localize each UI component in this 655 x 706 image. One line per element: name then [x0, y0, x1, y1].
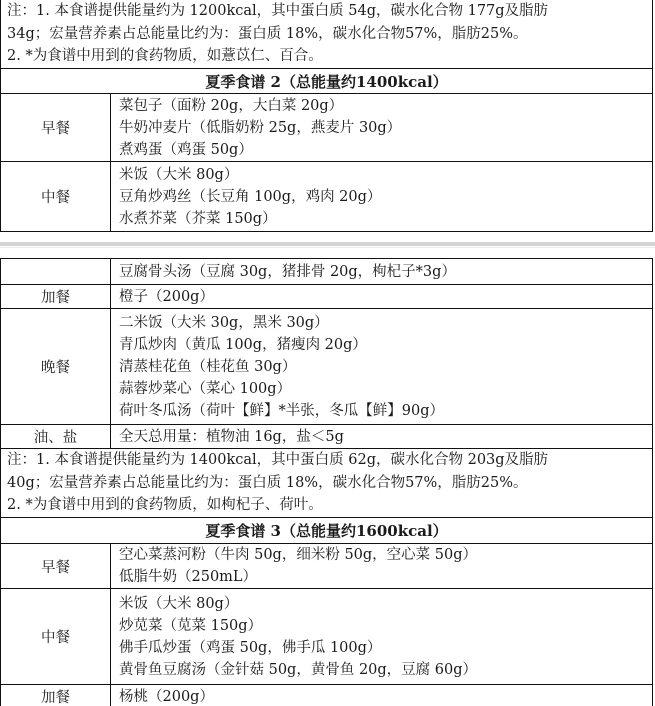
meal-item: 橙子（200g）	[119, 286, 652, 308]
page-break-line	[0, 242, 655, 246]
meal-items: 空心菜蒸河粉（牛肉 50g，细米粉 50g，空心菜 50g） 低脂牛奶（250m…	[111, 544, 652, 588]
meal-item: 佛手瓜炒蛋（鸡蛋 50g，佛手瓜 100g）	[119, 637, 652, 659]
meal-items: 二米饭（大米 30g，黑米 30g） 青瓜炒肉（黄瓜 100g，猪瘦肉 20g）…	[111, 309, 652, 424]
note-text: 注：1. 本食谱提供能量约为 1400kcal，其中蛋白质 62g，碳水化合物 …	[1, 449, 548, 517]
note-line: 2. *为食谱中用到的食药物质，如薏苡仁、百合。	[7, 45, 548, 68]
meal-label: 早餐	[1, 94, 111, 161]
meal-row-lunch: 中餐 米饭（大米 80g） 炒苋菜（苋菜 150g） 佛手瓜炒蛋（鸡蛋 50g，…	[1, 589, 652, 685]
meal-items: 橙子（200g）	[111, 285, 652, 308]
meal-items: 米饭（大米 80g） 豆角炒鸡丝（长豆角 100g，鸡肉 20g） 水煮芥菜（芥…	[111, 162, 652, 231]
meal-row-breakfast: 早餐 菜包子（面粉 20g，大白菜 20g） 牛奶冲麦片（低脂奶粉 25g，燕麦…	[1, 94, 652, 162]
meal-row-lunch-continued: 豆腐骨头汤（豆腐 30g，猪排骨 20g，枸杞子*3g）	[1, 258, 652, 285]
meal-items: 豆腐骨头汤（豆腐 30g，猪排骨 20g，枸杞子*3g）	[111, 259, 652, 284]
meal-item: 二米饭（大米 30g，黑米 30g）	[119, 312, 652, 334]
meal-item: 低脂牛奶（250mL）	[119, 566, 652, 588]
note-line: 34g；宏量营养素占总能量比约为：蛋白质 18%，碳水化合物57%，脂肪25%。	[7, 23, 548, 46]
meal-items: 菜包子（面粉 20g，大白菜 20g） 牛奶冲麦片（低脂奶粉 25g，燕麦片 3…	[111, 94, 652, 161]
page-break-shadow	[0, 247, 655, 248]
note-line: 注：1. 本食谱提供能量约为 1200kcal，其中蛋白质 54g，碳水化合物 …	[7, 0, 548, 23]
meal-item: 青瓜炒肉（黄瓜 100g，猪瘦肉 20g）	[119, 334, 652, 356]
meal-item: 牛奶冲麦片（低脂奶粉 25g，燕麦片 30g）	[119, 117, 652, 139]
meal-row-breakfast: 早餐 空心菜蒸河粉（牛肉 50g，细米粉 50g，空心菜 50g） 低脂牛奶（2…	[1, 544, 652, 589]
meal-item: 煮鸡蛋（鸡蛋 50g）	[119, 139, 652, 161]
meal-row-dinner: 晚餐 二米饭（大米 30g，黑米 30g） 青瓜炒肉（黄瓜 100g，猪瘦肉 2…	[1, 309, 652, 425]
meal-row-oil-salt: 油、盐 全天总用量：植物油 16g，盐＜5g	[1, 425, 652, 449]
page-fragment-2: 豆腐骨头汤（豆腐 30g，猪排骨 20g，枸杞子*3g） 加餐 橙子（200g）…	[0, 258, 653, 706]
note-text: 注：1. 本食谱提供能量约为 1200kcal，其中蛋白质 54g，碳水化合物 …	[1, 0, 548, 68]
recipe-3-title: 夏季食谱 3（总能量约1600kcal）	[1, 518, 652, 544]
meal-label: 油、盐	[1, 425, 111, 448]
meal-label: 加餐	[1, 285, 111, 308]
meal-item: 炒苋菜（苋菜 150g）	[119, 615, 652, 637]
meal-items: 米饭（大米 80g） 炒苋菜（苋菜 150g） 佛手瓜炒蛋（鸡蛋 50g，佛手瓜…	[111, 589, 652, 684]
meal-item: 豆角炒鸡丝（长豆角 100g，鸡肉 20g）	[119, 186, 652, 208]
recipe-2-title: 夏季食谱 2（总能量约1400kcal）	[1, 69, 652, 94]
meal-label: 中餐	[1, 589, 111, 684]
meal-item: 荷叶冬瓜汤（荷叶【鲜】*半张，冬瓜【鲜】90g）	[119, 400, 652, 422]
meal-item: 米饭（大米 80g）	[119, 593, 652, 615]
meal-item: 水煮芥菜（芥菜 150g）	[119, 208, 652, 230]
meal-label: 早餐	[1, 544, 111, 588]
note-recipe-2: 注：1. 本食谱提供能量约为 1400kcal，其中蛋白质 62g，碳水化合物 …	[1, 449, 652, 518]
note-recipe-1: 注：1. 本食谱提供能量约为 1200kcal，其中蛋白质 54g，碳水化合物 …	[1, 0, 652, 69]
meal-label: 晚餐	[1, 309, 111, 424]
note-line: 40g；宏量营养素占总能量比约为：蛋白质 18%，碳水化合物57%，脂肪25%。	[7, 472, 548, 495]
meal-label: 加餐	[1, 685, 111, 706]
meal-item: 全天总用量：植物油 16g，盐＜5g	[119, 426, 652, 448]
meal-items: 杨桃（200g）	[111, 685, 652, 706]
meal-label-empty	[1, 259, 111, 284]
meal-row-snack: 加餐 橙子（200g）	[1, 285, 652, 309]
meal-label: 中餐	[1, 162, 111, 231]
meal-items: 全天总用量：植物油 16g，盐＜5g	[111, 425, 652, 448]
meal-item: 蒜蓉炒菜心（菜心 100g）	[119, 378, 652, 400]
page-fragment-1: 注：1. 本食谱提供能量约为 1200kcal，其中蛋白质 54g，碳水化合物 …	[0, 0, 653, 233]
meal-item: 杨桃（200g）	[119, 686, 652, 706]
meal-item: 清蒸桂花鱼（桂花鱼 30g）	[119, 356, 652, 378]
meal-item: 豆腐骨头汤（豆腐 30g，猪排骨 20g，枸杞子*3g）	[119, 261, 652, 283]
meal-item: 空心菜蒸河粉（牛肉 50g，细米粉 50g，空心菜 50g）	[119, 544, 652, 566]
note-line: 2. *为食谱中用到的食药物质，如枸杞子、荷叶。	[7, 494, 548, 517]
note-line: 注：1. 本食谱提供能量约为 1400kcal，其中蛋白质 62g，碳水化合物 …	[7, 449, 548, 472]
meal-row-lunch: 中餐 米饭（大米 80g） 豆角炒鸡丝（长豆角 100g，鸡肉 20g） 水煮芥…	[1, 162, 652, 232]
page-break	[0, 232, 655, 258]
meal-item: 菜包子（面粉 20g，大白菜 20g）	[119, 95, 652, 117]
meal-item: 黄骨鱼豆腐汤（金针菇 50g，黄骨鱼 20g，豆腐 60g）	[119, 659, 652, 681]
meal-item: 米饭（大米 80g）	[119, 164, 652, 186]
meal-row-snack: 加餐 杨桃（200g）	[1, 685, 652, 706]
